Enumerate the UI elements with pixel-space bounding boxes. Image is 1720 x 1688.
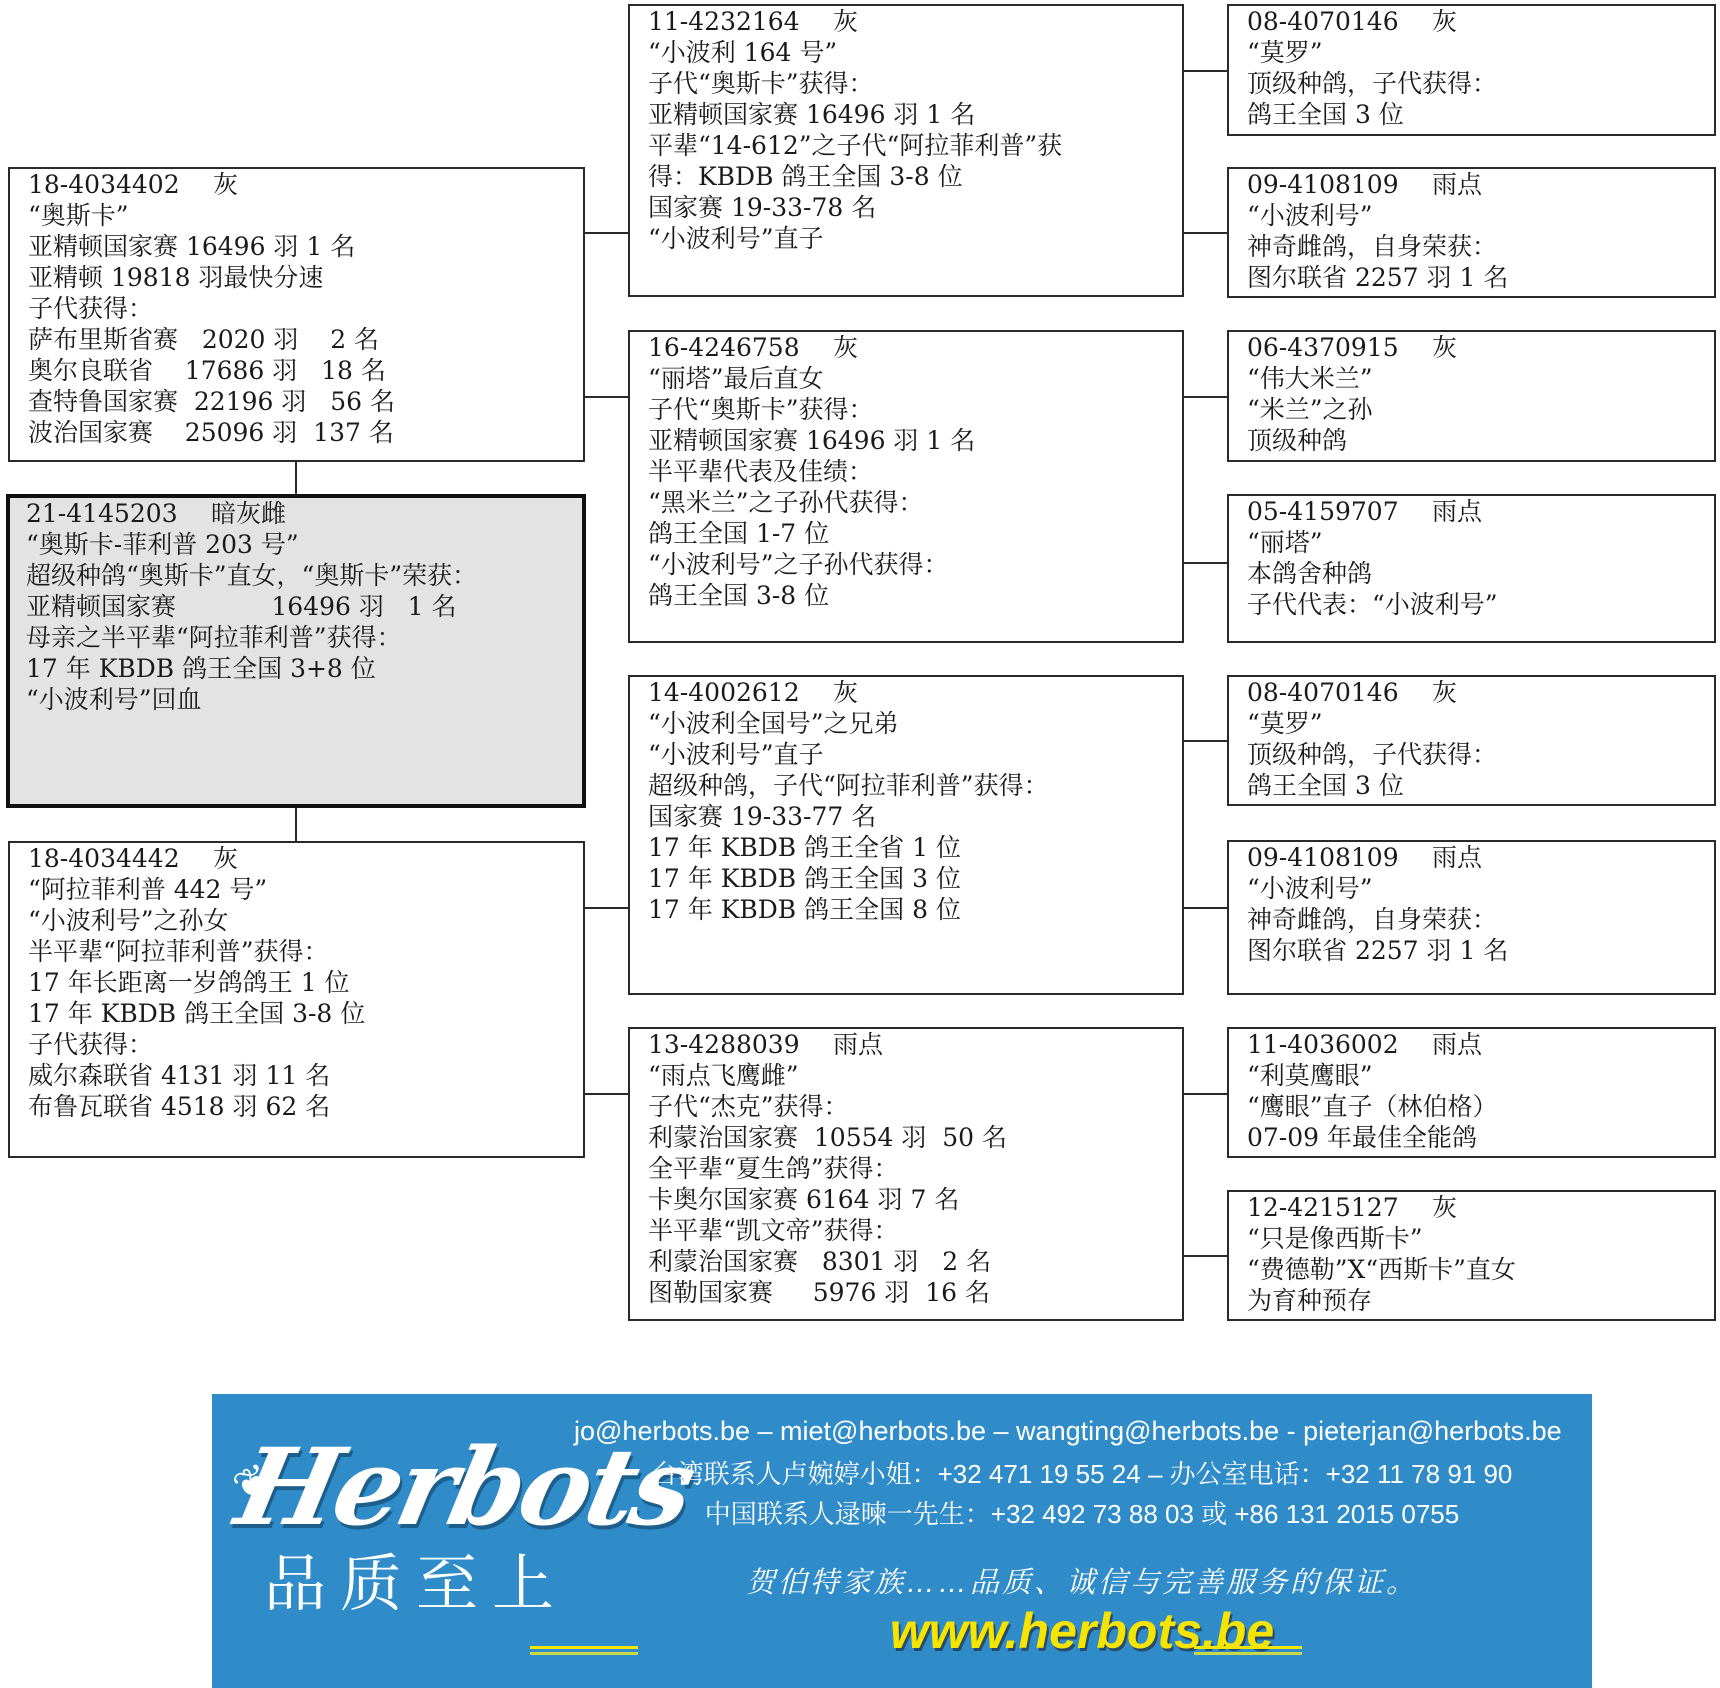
info-line: 17 年 KBDB 鸽王全国 3+8 位: [26, 653, 582, 684]
info-line: “小波利号”: [1247, 200, 1714, 231]
info-line: “奥斯卡”: [28, 200, 583, 231]
connector: [1183, 907, 1228, 909]
subject-card: 21-4145203暗灰雌 “奥斯卡-菲利普 203 号” 超级种鸽“奥斯卡”直…: [6, 494, 586, 808]
color-label: 雨点: [1432, 170, 1482, 199]
decorative-line: [530, 1652, 638, 1655]
info-line: 为育种预存: [1247, 1285, 1714, 1316]
great-grandparent-card: 05-4159707雨点 “丽塔” 本鸽舍种鸽 子代代表：“小波利号”: [1227, 494, 1716, 643]
ring-header: 11-4232164灰: [648, 6, 1182, 37]
ring-number: 16-4246758: [648, 332, 833, 363]
info-line: 利蒙治国家赛 8301 羽 2 名: [648, 1246, 1182, 1277]
info-line: 奥尔良联省 17686 羽 18 名: [28, 355, 583, 386]
ring-number: 06-4370915: [1247, 332, 1432, 363]
ring-header: 12-4215127灰: [1247, 1192, 1714, 1223]
info-line: 鸽王全国 3 位: [1247, 770, 1714, 801]
connector: [295, 461, 297, 495]
info-line: “雨点飞鹰雌”: [648, 1060, 1182, 1091]
china-contact: 中国联系人逯暕一先生：+32 492 73 88 03 或 +86 131 20…: [572, 1494, 1592, 1531]
info-line: 子代“杰克”获得：: [648, 1091, 1182, 1122]
connector: [1183, 740, 1228, 742]
info-line: 神奇雌鸽，自身荣获：: [1247, 231, 1714, 262]
ring-header: 11-4036002雨点: [1247, 1029, 1714, 1060]
connector: [584, 907, 629, 909]
info-line: 17 年 KBDB 鸽王全国 3 位: [648, 863, 1182, 894]
info-line: 国家赛 19-33-78 名: [648, 192, 1182, 223]
info-line: 子代“奥斯卡”获得：: [648, 68, 1182, 99]
motto: 贺伯特家族……品质、诚信与完善服务的保证。: [572, 1560, 1592, 1601]
ring-number: 21-4145203: [26, 498, 211, 529]
info-line: “丽塔”: [1247, 527, 1714, 558]
dam-card: 18-4034442灰 “阿拉菲利普 442 号” “小波利号”之孙女 半平辈“…: [8, 841, 585, 1158]
herbots-banner: ❦ Herbots 品质至上 jo@herbots.be – miet@herb…: [212, 1394, 1592, 1688]
great-grandparent-card: 09-4108109雨点 “小波利号” 神奇雌鸽，自身荣获： 图尔联省 2257…: [1227, 840, 1716, 995]
great-grandparent-card: 12-4215127灰 “只是像西斯卡” “费德勒”X“西斯卡”直女 为育种预存: [1227, 1190, 1716, 1321]
ring-number: 18-4034402: [28, 169, 213, 200]
info-line: 查特鲁国家赛 22196 羽 56 名: [28, 386, 583, 417]
info-line: 得：KBDB 鸽王全国 3-8 位: [648, 161, 1182, 192]
ring-header: 18-4034442灰: [28, 843, 583, 874]
color-label: 灰: [1432, 678, 1457, 707]
info-line: 半平辈“阿拉菲利普”获得：: [28, 936, 583, 967]
connector: [1183, 1255, 1228, 1257]
ring-header: 18-4034402灰: [28, 169, 583, 200]
connector: [1183, 562, 1228, 564]
info-line: 亚精顿国家赛 16496 羽 1 名: [648, 99, 1182, 130]
great-grandparent-card: 06-4370915灰 “伟大米兰” “米兰”之孙 顶级种鸽: [1227, 330, 1716, 462]
color-label: 雨点: [833, 1030, 883, 1059]
color-label: 雨点: [1432, 1030, 1482, 1059]
ring-number: 08-4070146: [1247, 677, 1432, 708]
info-line: 17 年 KBDB 鸽王全省 1 位: [648, 832, 1182, 863]
ring-number: 18-4034442: [28, 843, 213, 874]
connector: [1183, 1093, 1228, 1095]
info-line: “丽塔”最后直女: [648, 363, 1182, 394]
ring-number: 08-4070146: [1247, 6, 1432, 37]
decorative-line: [530, 1646, 638, 1649]
info-line: 子代“奥斯卡”获得：: [648, 394, 1182, 425]
info-line: 顶级种鸽，子代获得：: [1247, 68, 1714, 99]
ring-number: 11-4232164: [648, 6, 833, 37]
info-line: “小波利号”之子孙代获得：: [648, 549, 1182, 580]
info-line: “小波利号”回血: [26, 684, 582, 715]
info-line: “莫罗”: [1247, 708, 1714, 739]
info-line: “小波利号”: [1247, 873, 1714, 904]
contact-emails[interactable]: jo@herbots.be – miet@herbots.be – wangti…: [574, 1416, 1592, 1447]
sire-card: 18-4034402灰 “奥斯卡” 亚精顿国家赛 16496 羽 1 名 亚精顿…: [8, 167, 585, 462]
info-line: 神奇雌鸽，自身荣获：: [1247, 904, 1714, 935]
taiwan-contact: 台湾联系人卢婉婷小姐：+32 471 19 55 24 – 办公室电话：+32 …: [572, 1454, 1592, 1491]
ring-number: 09-4108109: [1247, 169, 1432, 200]
info-line: 萨布里斯省赛 2020 羽 2 名: [28, 324, 583, 355]
info-line: 卡奥尔国家赛 6164 羽 7 名: [648, 1184, 1182, 1215]
info-line: 利蒙治国家赛 10554 羽 50 名: [648, 1122, 1182, 1153]
info-line: 母亲之半平辈“阿拉菲利普”获得：: [26, 622, 582, 653]
info-line: 本鸽舍种鸽: [1247, 558, 1714, 589]
color-label: 雨点: [1432, 497, 1482, 526]
info-line: “只是像西斯卡”: [1247, 1223, 1714, 1254]
info-line: 图尔联省 2257 羽 1 名: [1247, 262, 1714, 293]
ring-number: 11-4036002: [1247, 1029, 1432, 1060]
info-line: 半平辈“凯文帝”获得：: [648, 1215, 1182, 1246]
info-line: “阿拉菲利普 442 号”: [28, 874, 583, 905]
connector: [295, 807, 297, 841]
ring-header: 21-4145203暗灰雌: [26, 498, 582, 529]
ring-number: 09-4108109: [1247, 842, 1432, 873]
info-line: 鸽王全国 3-8 位: [648, 580, 1182, 611]
ring-header: 09-4108109雨点: [1247, 842, 1714, 873]
color-label: 灰: [1432, 7, 1457, 36]
color-label: 灰: [1432, 1193, 1457, 1222]
ring-header: 08-4070146灰: [1247, 6, 1714, 37]
great-grandparent-card: 08-4070146灰 “莫罗” 顶级种鸽，子代获得： 鸽王全国 3 位: [1227, 675, 1716, 806]
grandparent-card: 13-4288039雨点 “雨点飞鹰雌” 子代“杰克”获得： 利蒙治国家赛 10…: [628, 1027, 1184, 1321]
info-line: 子代获得：: [28, 1029, 583, 1060]
info-line: 07-09 年最佳全能鸽: [1247, 1122, 1714, 1153]
info-line: 子代代表：“小波利号”: [1247, 589, 1714, 620]
color-label: 灰: [833, 333, 858, 362]
info-line: 波治国家赛 25096 羽 137 名: [28, 417, 583, 448]
ring-header: 16-4246758灰: [648, 332, 1182, 363]
color-label: 灰: [213, 844, 238, 873]
grandparent-card: 16-4246758灰 “丽塔”最后直女 子代“奥斯卡”获得： 亚精顿国家赛 1…: [628, 330, 1184, 643]
info-line: 国家赛 19-33-77 名: [648, 801, 1182, 832]
info-line: 鸽王全国 1-7 位: [648, 518, 1182, 549]
info-line: 亚精顿 19818 羽最快分速: [28, 262, 583, 293]
info-line: “奥斯卡-菲利普 203 号”: [26, 529, 582, 560]
connector: [1183, 232, 1228, 234]
info-line: 顶级种鸽，子代获得：: [1247, 739, 1714, 770]
color-label: 雨点: [1432, 843, 1482, 872]
info-line: 亚精顿国家赛 16496 羽 1 名: [28, 231, 583, 262]
ring-header: 13-4288039雨点: [648, 1029, 1182, 1060]
info-line: 超级种鸽，子代“阿拉菲利普”获得：: [648, 770, 1182, 801]
info-line: 图尔联省 2257 羽 1 名: [1247, 935, 1714, 966]
info-line: 全平辈“夏生鸽”获得：: [648, 1153, 1182, 1184]
color-label: 灰: [833, 678, 858, 707]
connector: [1183, 70, 1228, 72]
info-line: “小波利号”直子: [648, 223, 1182, 254]
ring-number: 05-4159707: [1247, 496, 1432, 527]
great-grandparent-card: 08-4070146灰 “莫罗” 顶级种鸽，子代获得： 鸽王全国 3 位: [1227, 4, 1716, 136]
info-line: 顶级种鸽: [1247, 425, 1714, 456]
info-line: “伟大米兰”: [1247, 363, 1714, 394]
info-line: 亚精顿国家赛 16496 羽 1 名: [648, 425, 1182, 456]
info-line: “莫罗”: [1247, 37, 1714, 68]
info-line: 亚精顿国家赛 16496 羽 1 名: [26, 591, 582, 622]
connector: [584, 1093, 629, 1095]
connector: [584, 232, 629, 234]
ring-number: 14-4002612: [648, 677, 833, 708]
info-line: “黑米兰”之子孙代获得：: [648, 487, 1182, 518]
grandparent-card: 14-4002612灰 “小波利全国号”之兄弟 “小波利号”直子 超级种鸽，子代…: [628, 675, 1184, 995]
ring-number: 12-4215127: [1247, 1192, 1432, 1223]
slogan: 品质至上: [264, 1534, 568, 1623]
color-label: 暗灰雌: [211, 499, 286, 528]
connector: [584, 396, 629, 398]
great-grandparent-card: 11-4036002雨点 “利莫鹰眼” “鹰眼”直子（林伯格） 07-09 年最…: [1227, 1027, 1716, 1158]
website-link[interactable]: www.herbots.be: [572, 1602, 1592, 1660]
ring-header: 08-4070146灰: [1247, 677, 1714, 708]
info-line: 图勒国家赛 5976 羽 16 名: [648, 1277, 1182, 1308]
info-line: 17 年 KBDB 鸽王全国 3-8 位: [28, 998, 583, 1029]
ring-header: 14-4002612灰: [648, 677, 1182, 708]
info-line: 威尔森联省 4131 羽 11 名: [28, 1060, 583, 1091]
info-line: 超级种鸽“奥斯卡”直女，“奥斯卡”荣获：: [26, 560, 582, 591]
color-label: 灰: [213, 170, 238, 199]
ring-header: 05-4159707雨点: [1247, 496, 1714, 527]
info-line: 17 年 KBDB 鸽王全国 8 位: [648, 894, 1182, 925]
info-line: 17 年长距离一岁鸽鸽王 1 位: [28, 967, 583, 998]
info-line: 半平辈代表及佳绩：: [648, 456, 1182, 487]
grandparent-card: 11-4232164灰 “小波利 164 号” 子代“奥斯卡”获得： 亚精顿国家…: [628, 4, 1184, 297]
decorative-line: [1194, 1646, 1302, 1649]
info-line: “利莫鹰眼”: [1247, 1060, 1714, 1091]
info-line: “小波利号”之孙女: [28, 905, 583, 936]
great-grandparent-card: 09-4108109雨点 “小波利号” 神奇雌鸽，自身荣获： 图尔联省 2257…: [1227, 167, 1716, 298]
info-line: “小波利 164 号”: [648, 37, 1182, 68]
ring-header: 09-4108109雨点: [1247, 169, 1714, 200]
info-line: “小波利全国号”之兄弟: [648, 708, 1182, 739]
color-label: 灰: [1432, 333, 1457, 362]
ring-number: 13-4288039: [648, 1029, 833, 1060]
info-line: “费德勒”X“西斯卡”直女: [1247, 1254, 1714, 1285]
info-line: 平辈“14-612”之子代“阿拉菲利普”获: [648, 130, 1182, 161]
info-line: 布鲁瓦联省 4518 羽 62 名: [28, 1091, 583, 1122]
info-line: “小波利号”直子: [648, 739, 1182, 770]
info-line: “米兰”之孙: [1247, 394, 1714, 425]
info-line: “鹰眼”直子（林伯格）: [1247, 1091, 1714, 1122]
ring-header: 06-4370915灰: [1247, 332, 1714, 363]
decorative-line: [1194, 1652, 1302, 1655]
color-label: 灰: [833, 7, 858, 36]
connector: [1183, 396, 1228, 398]
info-line: 鸽王全国 3 位: [1247, 99, 1714, 130]
info-line: 子代获得：: [28, 293, 583, 324]
